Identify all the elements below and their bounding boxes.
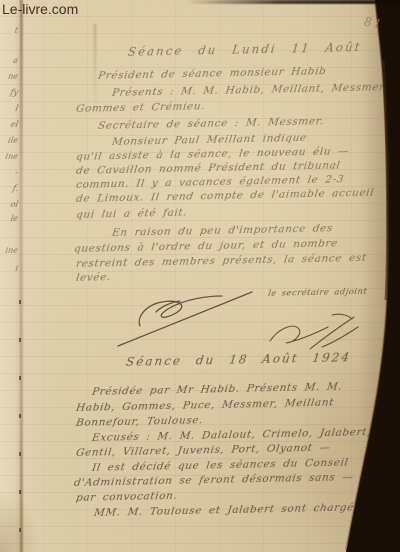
margin-fragment: ile [0,136,19,145]
top-edge-shadow [185,0,400,4]
margin-fragment: ol [0,200,19,209]
manuscript-line: Président de séance monsieur Habib [97,65,327,83]
margin-fragment: le [0,214,19,223]
manuscript-line: MM. M. Toulouse et Jalabert sont chargés [93,501,361,520]
watermark-text: Le-livre.com [2,1,78,17]
margin-fragment: fy [0,88,19,97]
margin-fragment: t [0,26,19,35]
manuscript-line: Habib, Gommes, Puce, Messmer, Meillant [75,397,335,415]
facing-page-strip [0,0,21,552]
margin-fragment: ine [0,246,19,255]
margin-fragment: ine [0,152,19,161]
manuscript-line: levée. [75,271,112,285]
margin-fragment: l [0,104,19,113]
president-signature [110,282,260,350]
manuscript-line: par convocation. [75,490,178,505]
scanned-manuscript-page: t a ne fy l el ile ine - f. ol le ine i … [0,0,400,552]
margin-fragment: - [0,168,19,177]
margin-fragment: el [0,120,19,129]
margin-fragment: i [0,264,19,273]
margin-fragment: f. [0,184,19,193]
margin-fragment: ne [0,72,19,81]
margin-fragment: a [0,56,19,65]
manuscript-line: Présents : M. M. Habib, Meillant, Messme… [111,81,385,100]
binding-stitches [19,300,21,532]
entry1-title: Séance du Lundi 11 Août [127,41,362,59]
manuscript-line: qui lui a été fait. [75,207,188,222]
manuscript-line: Bonnefour, Toulouse. [75,414,204,430]
entry2-title: Séance du 18 Août 1924 [125,351,352,369]
manuscript-line: Gommes et Crémieu. [75,100,206,116]
secretary-label: le secrétaire adjoint [267,286,368,301]
folio-number: 81 [363,14,384,31]
manuscript-line: Secrétaire de séance : M. Messmer. [97,115,325,133]
